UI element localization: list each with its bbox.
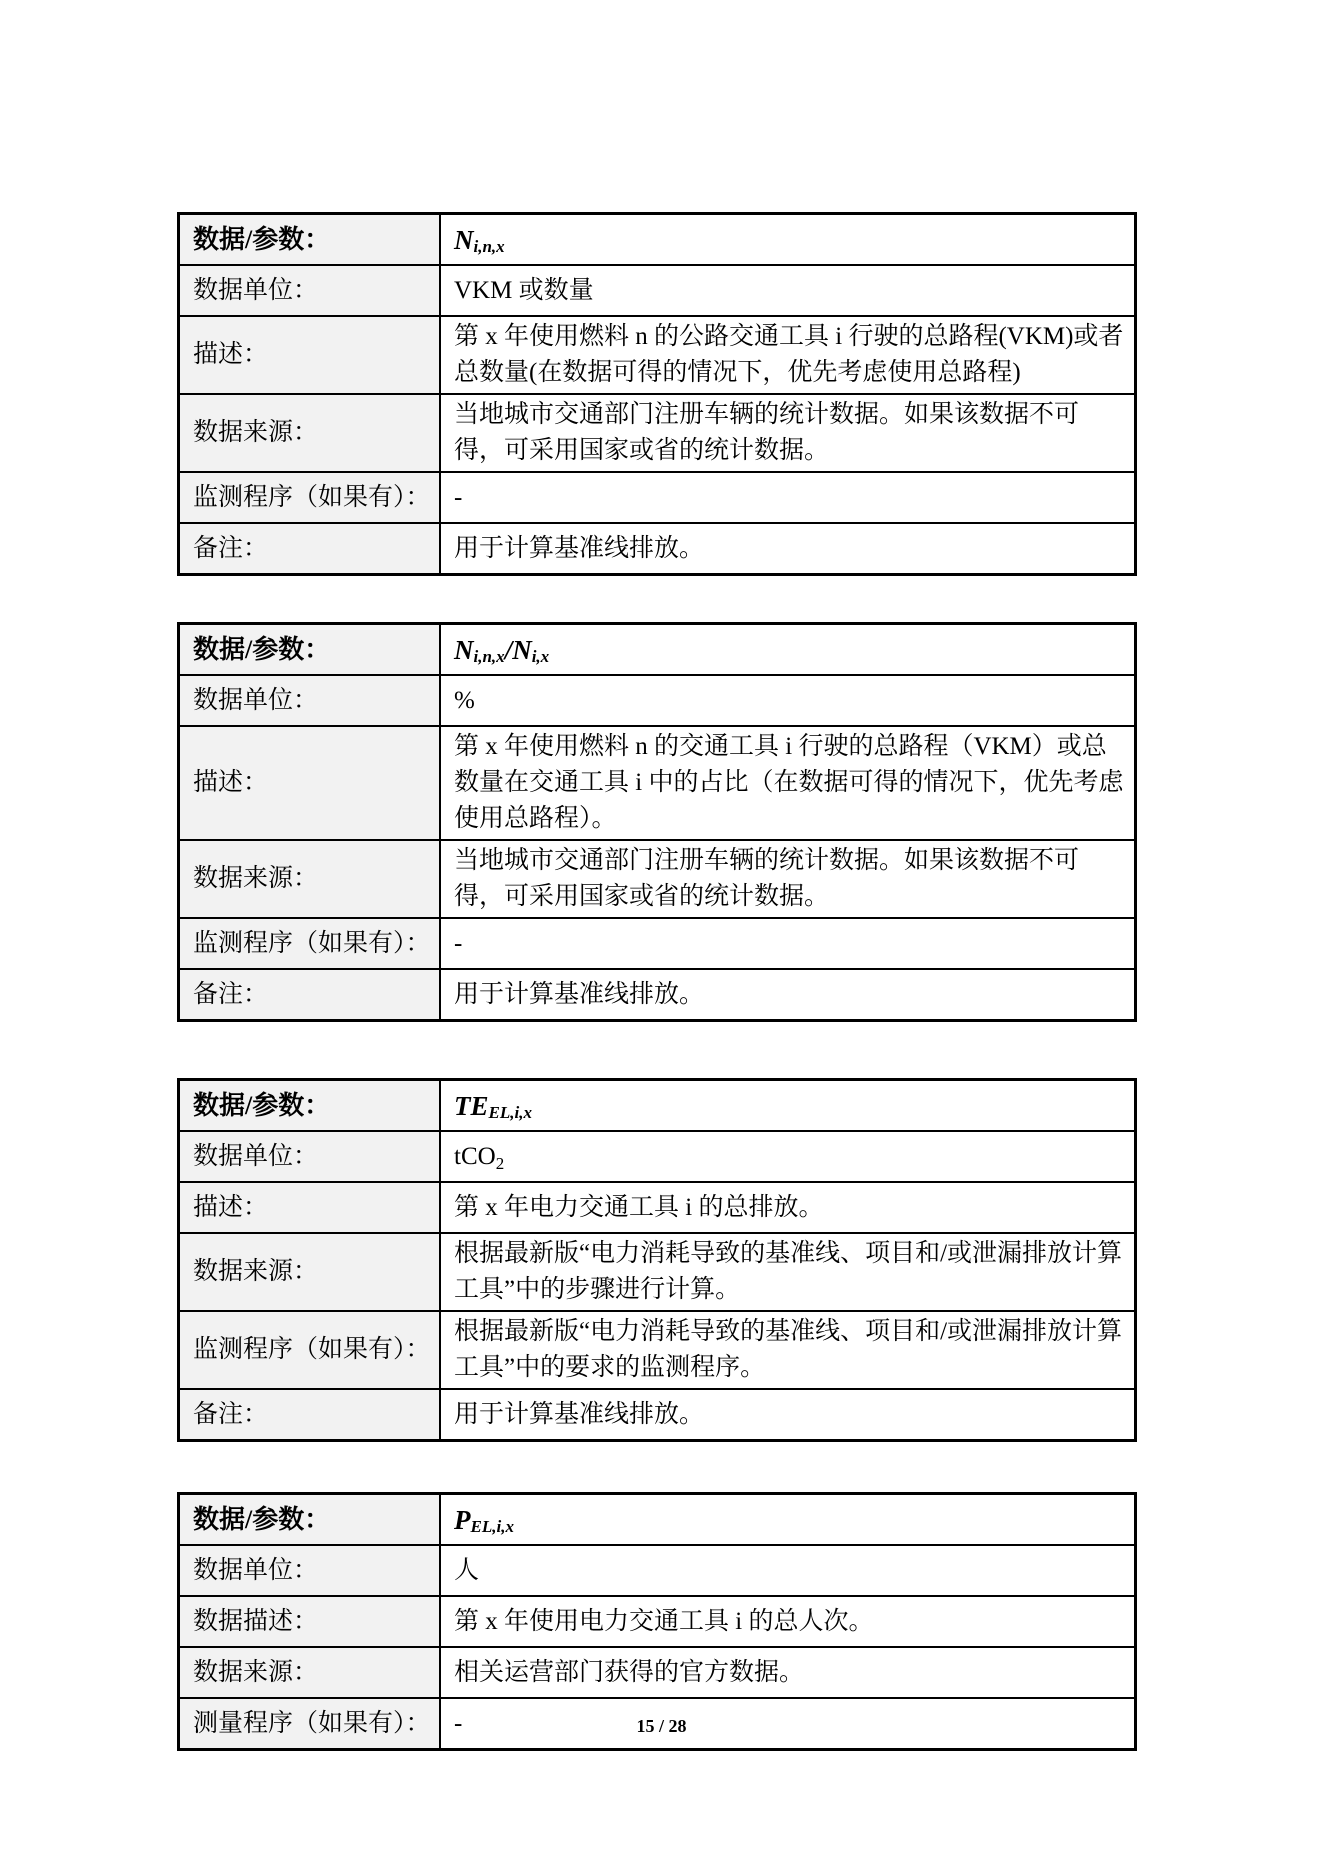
- value-segment-sub: 2: [496, 1146, 505, 1182]
- table-row-unit: 数据单位：VKM 或数量: [180, 264, 1134, 315]
- row-label: 数据来源：: [180, 395, 441, 471]
- row-label: 数据单位：: [180, 1546, 441, 1595]
- table-row-monitoring: 监测程序（如果有）：-: [180, 471, 1134, 522]
- row-value: TEEL,i,x: [441, 1081, 1134, 1130]
- table-row-description: 描述：第 x 年电力交通工具 i 的总排放。: [180, 1181, 1134, 1232]
- row-value: 当地城市交通部门注册车辆的统计数据。如果该数据不可得，可采用国家或省的统计数据。: [441, 841, 1134, 917]
- data-parameter-table-parameter-P-EL-ix: 数据/参数：PEL,i,x数据单位：人数据描述：第 x 年使用电力交通工具 i …: [177, 1492, 1137, 1751]
- table-row-description: 描述：第 x 年使用燃料 n 的公路交通工具 i 行驶的总路程(VKM)或者总数…: [180, 315, 1134, 393]
- value-segment-param-sub: EL,i,x: [471, 1509, 514, 1545]
- value-segment-param: /N: [505, 632, 532, 668]
- table-row-param: 数据/参数：PEL,i,x: [180, 1495, 1134, 1544]
- value-segment-param-sub: i,n,x: [474, 229, 505, 265]
- value-segment-param: N: [454, 222, 474, 258]
- table-row-description: 描述：第 x 年使用燃料 n 的交通工具 i 行驶的总路程（VKM）或总数量在交…: [180, 725, 1134, 839]
- tables-container: 数据/参数：Ni,n,x数据单位：VKM 或数量描述：第 x 年使用燃料 n 的…: [177, 212, 1137, 1751]
- data-parameter-table-parameter-N-inx-over-N-ix: 数据/参数：Ni,n,x/Ni,x数据单位：%描述：第 x 年使用燃料 n 的交…: [177, 622, 1137, 1022]
- row-value: 第 x 年电力交通工具 i 的总排放。: [441, 1183, 1134, 1232]
- row-value: 相关运营部门获得的官方数据。: [441, 1648, 1134, 1697]
- row-value: %: [441, 676, 1134, 725]
- row-label: 数据来源：: [180, 1234, 441, 1310]
- row-label: 描述：: [180, 317, 441, 393]
- table-row-unit: 数据单位：人: [180, 1544, 1134, 1595]
- table-row-remarks: 备注：用于计算基准线排放。: [180, 1388, 1134, 1439]
- row-value: 人: [441, 1546, 1134, 1595]
- table-row-param: 数据/参数：Ni,n,x: [180, 215, 1134, 264]
- row-value: -: [441, 919, 1134, 968]
- table-row-monitoring: 监测程序（如果有）：根据最新版“电力消耗导致的基准线、项目和/或泄漏排放计算工具…: [180, 1310, 1134, 1388]
- row-label: 监测程序（如果有）：: [180, 919, 441, 968]
- table-row-source: 数据来源：当地城市交通部门注册车辆的统计数据。如果该数据不可得，可采用国家或省的…: [180, 393, 1134, 471]
- table-row-monitoring: 监测程序（如果有）：-: [180, 917, 1134, 968]
- row-label: 监测程序（如果有）：: [180, 473, 441, 522]
- row-label: 描述：: [180, 1183, 441, 1232]
- data-parameter-table-parameter-N-inx: 数据/参数：Ni,n,x数据单位：VKM 或数量描述：第 x 年使用燃料 n 的…: [177, 212, 1137, 576]
- row-label: 数据/参数：: [180, 1081, 441, 1130]
- row-value: 用于计算基准线排放。: [441, 524, 1134, 573]
- table-row-param: 数据/参数：Ni,n,x/Ni,x: [180, 625, 1134, 674]
- data-parameter-table-parameter-TE-EL-ix: 数据/参数：TEEL,i,x数据单位：tCO2描述：第 x 年电力交通工具 i …: [177, 1078, 1137, 1442]
- row-value: Ni,n,x/Ni,x: [441, 625, 1134, 674]
- value-segment-param: TE: [454, 1088, 489, 1124]
- table-row-remarks: 备注：用于计算基准线排放。: [180, 522, 1134, 573]
- row-value: tCO2: [441, 1132, 1134, 1181]
- row-value: 根据最新版“电力消耗导致的基准线、项目和/或泄漏排放计算工具”中的要求的监测程序…: [441, 1312, 1134, 1388]
- row-label: 备注：: [180, 524, 441, 573]
- row-value: 根据最新版“电力消耗导致的基准线、项目和/或泄漏排放计算工具”中的步骤进行计算。: [441, 1234, 1134, 1310]
- table-row-unit: 数据单位：tCO2: [180, 1130, 1134, 1181]
- row-value: 第 x 年使用电力交通工具 i 的总人次。: [441, 1597, 1134, 1646]
- value-segment-plain: tCO: [454, 1139, 496, 1175]
- value-segment-param-sub: i,n,x: [474, 639, 505, 675]
- row-value: 用于计算基准线排放。: [441, 970, 1134, 1019]
- table-row-source: 数据来源：根据最新版“电力消耗导致的基准线、项目和/或泄漏排放计算工具”中的步骤…: [180, 1232, 1134, 1310]
- row-label: 数据描述：: [180, 1597, 441, 1646]
- page-number: 15 / 28: [0, 1716, 1323, 1737]
- value-segment-param: N: [454, 632, 474, 668]
- row-label: 数据/参数：: [180, 625, 441, 674]
- value-segment-param-sub: i,x: [532, 639, 549, 675]
- row-value: 第 x 年使用燃料 n 的交通工具 i 行驶的总路程（VKM）或总数量在交通工具…: [441, 727, 1134, 839]
- row-value: 用于计算基准线排放。: [441, 1390, 1134, 1439]
- row-label: 监测程序（如果有）：: [180, 1312, 441, 1388]
- row-label: 数据/参数：: [180, 215, 441, 264]
- document-page: 数据/参数：Ni,n,x数据单位：VKM 或数量描述：第 x 年使用燃料 n 的…: [0, 0, 1323, 1871]
- row-label: 备注：: [180, 970, 441, 1019]
- table-row-source: 数据来源：当地城市交通部门注册车辆的统计数据。如果该数据不可得，可采用国家或省的…: [180, 839, 1134, 917]
- table-row-remarks: 备注：用于计算基准线排放。: [180, 968, 1134, 1019]
- row-value: 第 x 年使用燃料 n 的公路交通工具 i 行驶的总路程(VKM)或者总数量(在…: [441, 317, 1134, 393]
- row-label: 数据来源：: [180, 841, 441, 917]
- table-row-unit: 数据单位：%: [180, 674, 1134, 725]
- row-label: 备注：: [180, 1390, 441, 1439]
- row-value: PEL,i,x: [441, 1495, 1134, 1544]
- row-label: 数据单位：: [180, 676, 441, 725]
- row-label: 数据/参数：: [180, 1495, 441, 1544]
- table-row-param: 数据/参数：TEEL,i,x: [180, 1081, 1134, 1130]
- value-segment-param-sub: EL,i,x: [489, 1095, 532, 1131]
- row-label: 数据单位：: [180, 266, 441, 315]
- value-segment-param: P: [454, 1502, 471, 1538]
- row-value: -: [441, 473, 1134, 522]
- row-value: 当地城市交通部门注册车辆的统计数据。如果该数据不可得，可采用国家或省的统计数据。: [441, 395, 1134, 471]
- row-label: 描述：: [180, 727, 441, 839]
- table-row-description: 数据描述：第 x 年使用电力交通工具 i 的总人次。: [180, 1595, 1134, 1646]
- row-label: 数据来源：: [180, 1648, 441, 1697]
- row-value: VKM 或数量: [441, 266, 1134, 315]
- row-value: Ni,n,x: [441, 215, 1134, 264]
- row-label: 数据单位：: [180, 1132, 441, 1181]
- table-row-source: 数据来源：相关运营部门获得的官方数据。: [180, 1646, 1134, 1697]
